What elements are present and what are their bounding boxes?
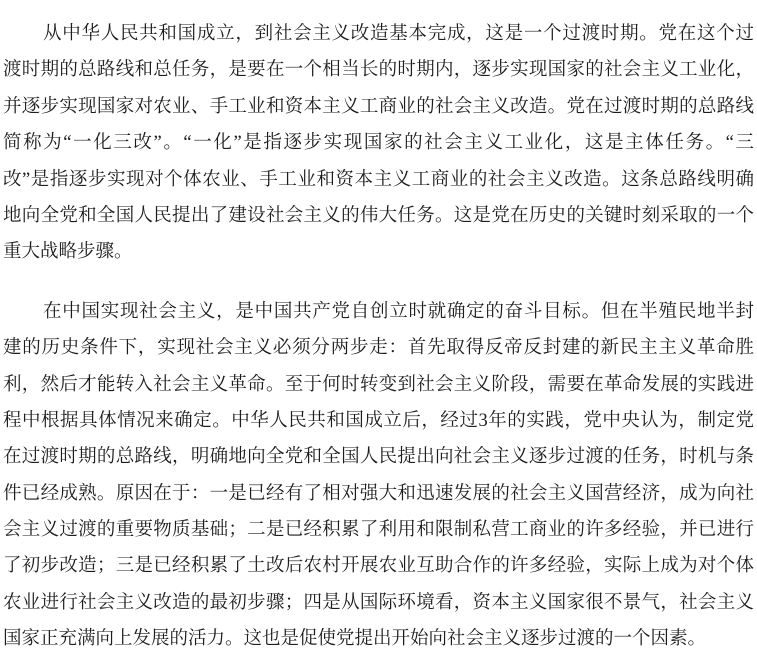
text-line: 地向全党和全国人民提出了建设社会主义的伟大任务。这是党在历史的关键时刻采取的一个: [3, 198, 754, 234]
text-line: 渡时期的总路线和总任务，是要在一个相当长的时期内，逐步实现国家的社会主义工业化，: [3, 52, 754, 88]
text-line: 了初步改造；三是已经积累了土改后农村开展农业互助合作的许多经验，实际上成为对个体: [3, 548, 754, 584]
text-line: 简称为“一化三改”。“一化”是指逐步实现国家的社会主义工业化，这是主体任务。“三: [3, 125, 754, 161]
text-line: 在中国实现社会主义，是中国共产党自创立时就确定的奋斗目标。但在半殖民地半封: [3, 294, 754, 330]
paragraph: 从中华人民共和国成立，到社会主义改造基本完成，这是一个过渡时期。党在这个过渡时期…: [3, 16, 754, 271]
paragraph: 在中国实现社会主义，是中国共产党自创立时就确定的奋斗目标。但在半殖民地半封建的历…: [3, 294, 754, 658]
text-line: 会主义过渡的重要物质基础；二是已经积累了利用和限制私营工商业的许多经验，并已进行: [3, 512, 754, 548]
text-line: 国家正充满向上发展的活力。这也是促使党提出开始向社会主义逐步过渡的一个因素。: [3, 621, 754, 657]
text-line: 农业进行社会主义改造的最初步骤；四是从国际环境看，资本主义国家很不景气，社会主义: [3, 585, 754, 621]
text-line: 程中根据具体情况来确定。中华人民共和国成立后，经过3年的实践，党中央认为，制定党: [3, 403, 754, 439]
text-line: 利，然后才能转入社会主义革命。至于何时转变到社会主义阶段，需要在革命发展的实践进: [3, 367, 754, 403]
text-line: 并逐步实现国家对农业、手工业和资本主义工商业的社会主义改造。党在过渡时期的总路线: [3, 89, 754, 125]
text-line: 重大战略步骤。: [3, 234, 754, 270]
text-line: 在过渡时期的总路线，明确地向全党和全国人民提出向社会主义逐步过渡的任务，时机与条: [3, 439, 754, 475]
text-line: 从中华人民共和国成立，到社会主义改造基本完成，这是一个过渡时期。党在这个过: [3, 16, 754, 52]
text-line: 件已经成熟。原因在于：一是已经有了相对强大和迅速发展的社会主义国营经济，成为向社: [3, 476, 754, 512]
text-line: 建的历史条件下，实现社会主义必须分两步走：首先取得反帝反封建的新民主主义革命胜: [3, 330, 754, 366]
text-line: 改”是指逐步实现对个体农业、手工业和资本主义工商业的社会主义改造。这条总路线明确: [3, 162, 754, 198]
document-body: 从中华人民共和国成立，到社会主义改造基本完成，这是一个过渡时期。党在这个过渡时期…: [3, 16, 754, 658]
document-page: 从中华人民共和国成立，到社会主义改造基本完成，这是一个过渡时期。党在这个过渡时期…: [0, 0, 757, 660]
